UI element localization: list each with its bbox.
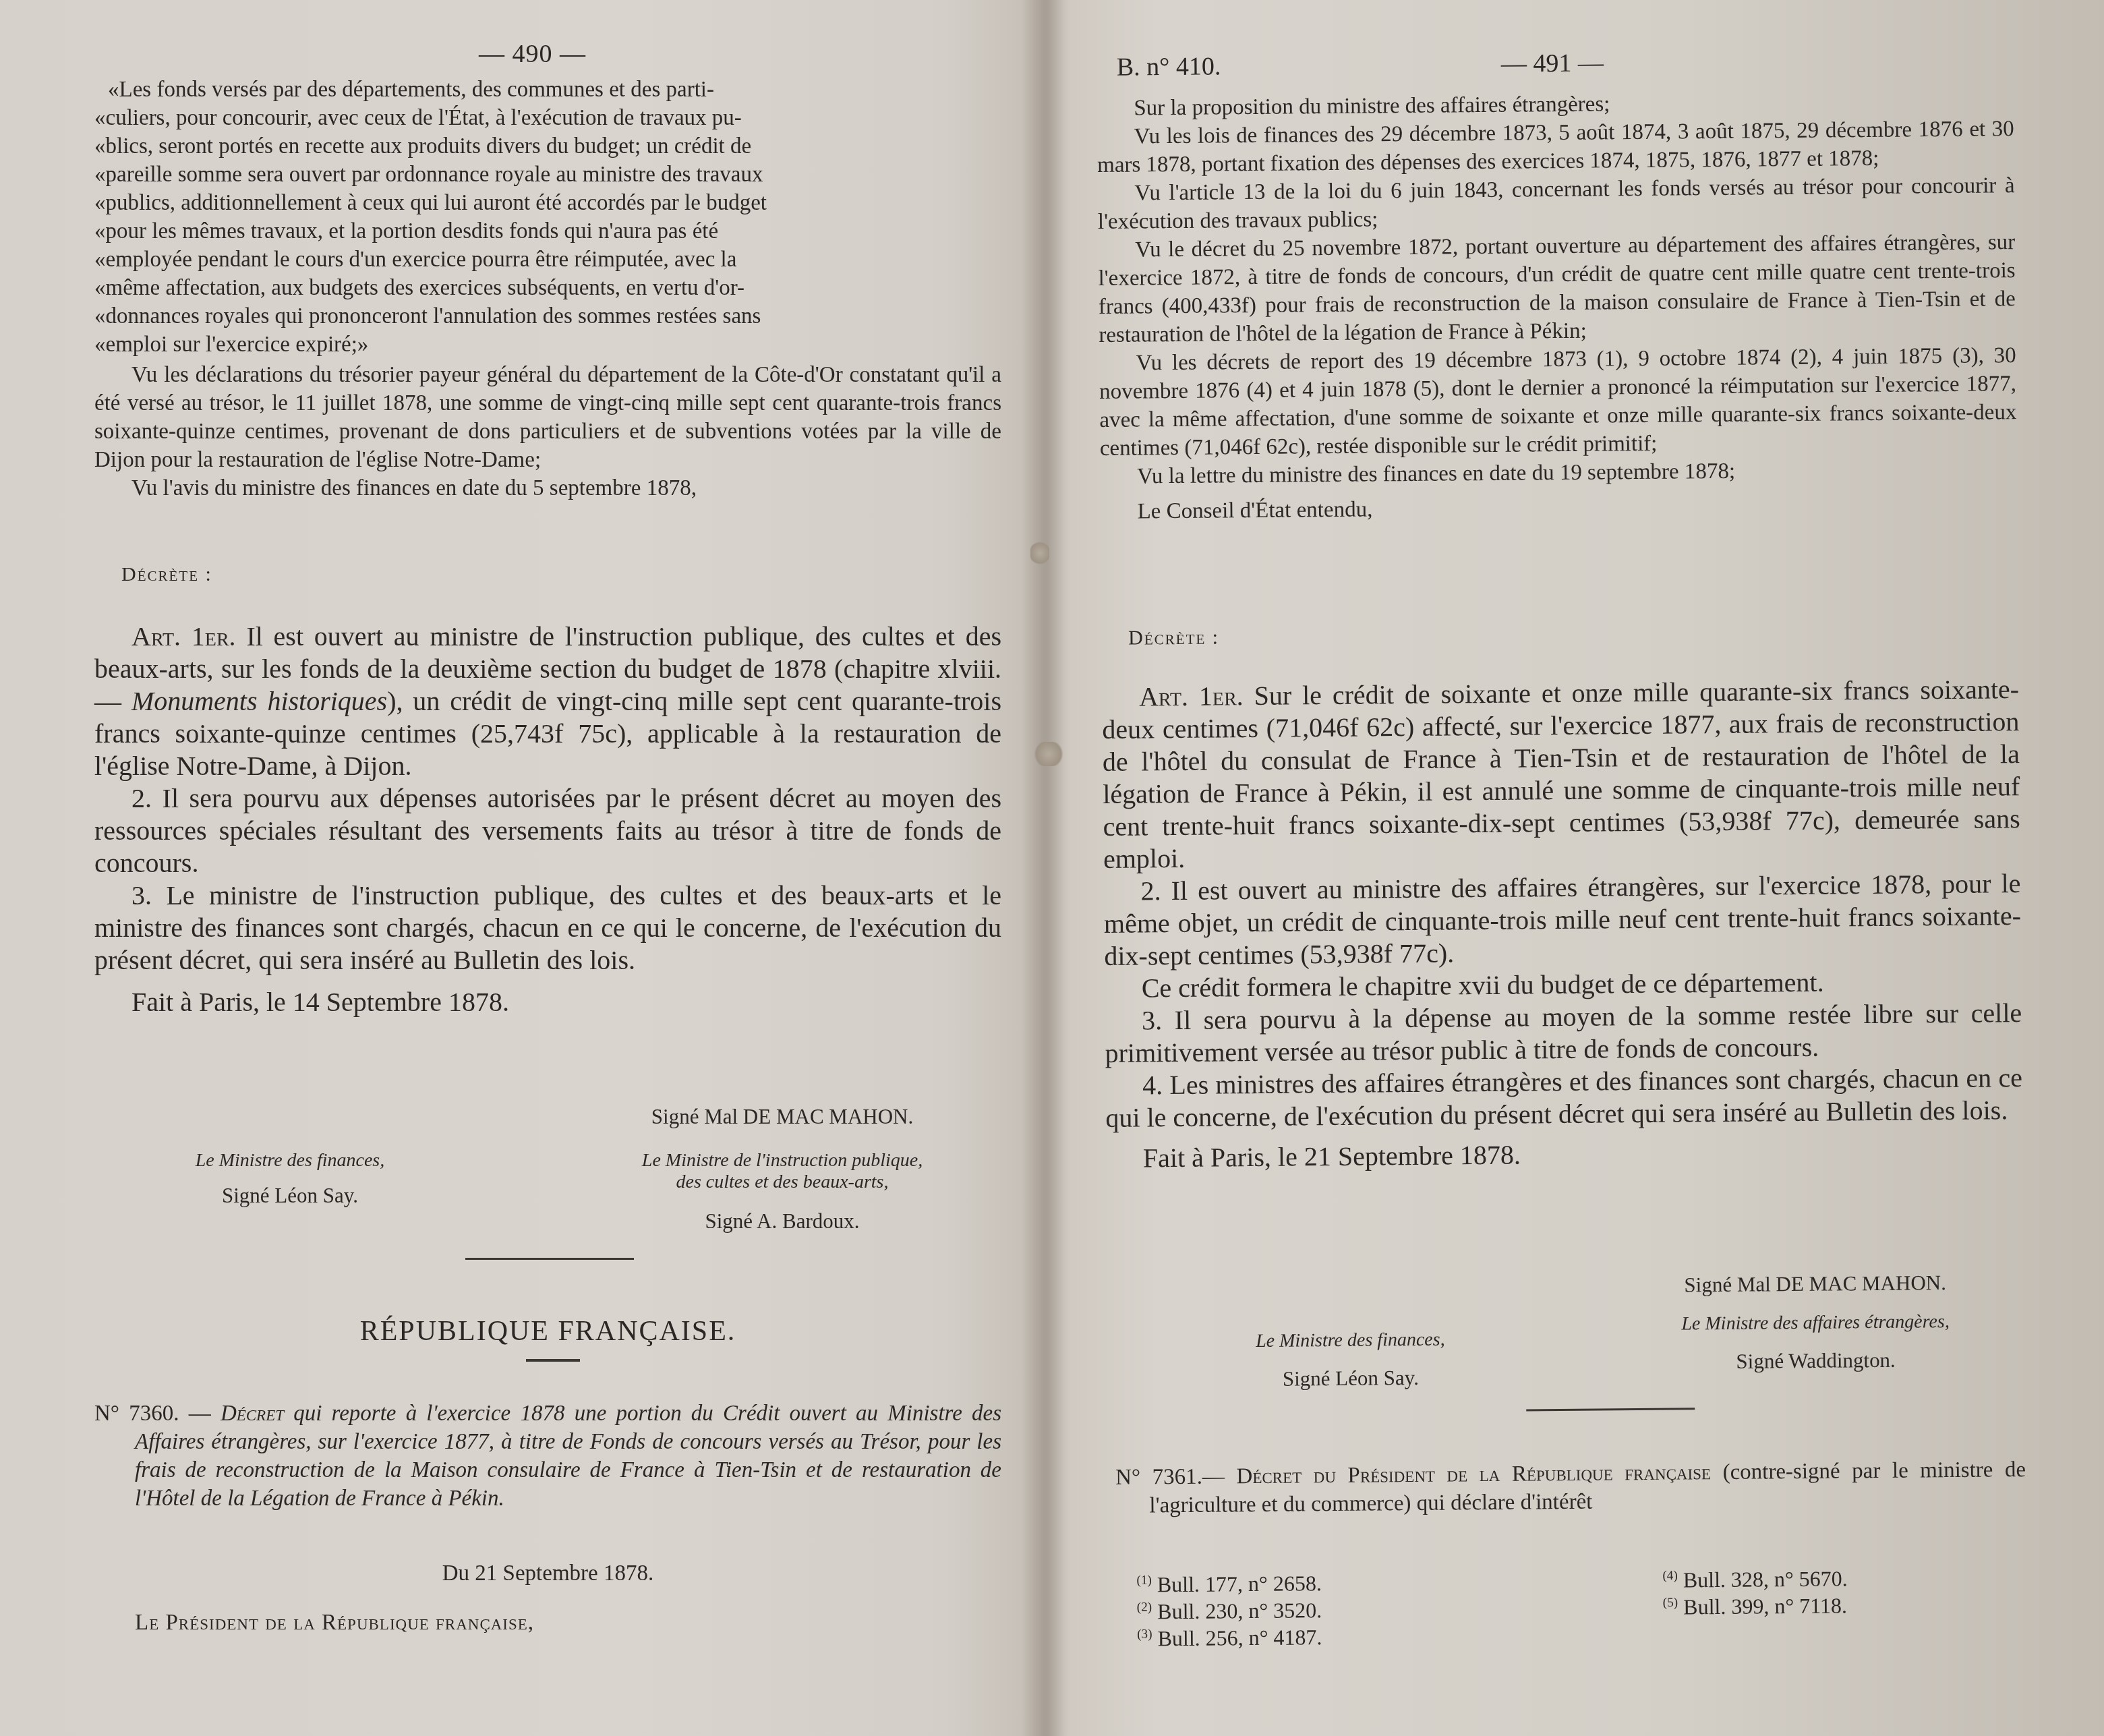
signature-president: Signé Mal DE MAC MAHON. xyxy=(614,1105,951,1129)
article-3: 3. Il sera pourvu à la dépense au moyen … xyxy=(1105,997,2022,1070)
considerant: Vu l'avis du ministre des finances en da… xyxy=(94,474,1001,502)
quote-line: «blics, seront portés en recette aux pro… xyxy=(94,132,1001,161)
signature-president: Signé Mal DE MAC MAHON. xyxy=(1647,1271,1984,1298)
footnote: (2) Bull. 230, n° 3520. xyxy=(1137,1595,1488,1625)
footnote: (3) Bull. 256, n° 4187. xyxy=(1137,1622,1488,1652)
quote-line: «publics, additionnellement à ceux qui l… xyxy=(94,189,1001,217)
decree-7361-header: N° 7361.— Décret du Président de la Répu… xyxy=(1115,1455,2026,1520)
bulletin-ref: B. n° 410. xyxy=(1117,51,1221,82)
republique-heading: RÉPUBLIQUE FRANÇAISE. xyxy=(94,1315,1001,1348)
footnote: (4) Bull. 328, n° 5670. xyxy=(1662,1563,2013,1594)
quote-line: «culiers, pour concourir, avec ceux de l… xyxy=(94,104,1001,132)
article-2: 2. Il est ouvert au ministre des affaire… xyxy=(1103,867,2021,973)
quote-line: «employée pendant le cours d'un exercice… xyxy=(94,245,1001,274)
article-3: 3. Le ministre de l'instruction publique… xyxy=(94,879,1001,977)
article-1: Art. 1er. Sur le crédit de soixante et o… xyxy=(1102,673,2020,875)
considerant: Vu les décrets de report des 19 décembre… xyxy=(1099,341,2017,463)
articles: Art. 1er. Il est ouvert au ministre de l… xyxy=(94,620,1001,1018)
signature-finances: Le Ministre des finances, Signé Léon Say… xyxy=(1215,1329,1486,1391)
quote-line: «pour les mêmes travaux, et la portion d… xyxy=(94,217,1001,245)
footnotes-left: (1) Bull. 177, n° 2658. (2) Bull. 230, n… xyxy=(1136,1568,1488,1652)
president-opening: Le Président de la République française, xyxy=(135,1609,1001,1637)
footnotes-right: (4) Bull. 328, n° 5670. (5) Bull. 399, n… xyxy=(1662,1563,2014,1621)
fait-a-paris: Fait à Paris, le 14 Septembre 1878. xyxy=(94,986,1001,1018)
separator-rule xyxy=(465,1258,634,1260)
considerant: Vu le décret du 25 novembre 1872, portan… xyxy=(1098,228,2016,349)
quote-line: «même affectation, aux budgets des exerc… xyxy=(94,274,1001,302)
page-number: — 490 — xyxy=(479,39,586,69)
considerant: Vu les déclarations du trésorier payeur … xyxy=(94,361,1001,474)
quote-line: «pareille somme sera ouvert par ordonnan… xyxy=(94,161,1001,189)
article-4: 4. Les ministres des affaires étrangères… xyxy=(1105,1062,2023,1134)
considerants: Vu les déclarations du trésorier payeur … xyxy=(94,361,1001,502)
quoted-law-excerpt: «Les fonds versés par des départements, … xyxy=(94,76,1001,359)
signature-finances: Le Ministre des finances, Signé Léon Say… xyxy=(162,1150,418,1208)
considerant: Vu l'article 13 de la loi du 6 juin 1843… xyxy=(1097,171,2015,236)
decree-date: Du 21 Septembre 1878. xyxy=(94,1559,1001,1588)
book-gutter xyxy=(1022,0,1069,1736)
page-number: — 491 — xyxy=(1501,48,1604,78)
considerant: Vu les lois de finances des 29 décembre … xyxy=(1097,115,2015,179)
binding-thread xyxy=(1032,742,1065,766)
quote-line: «donnances royales qui prononceront l'an… xyxy=(94,302,1001,330)
quote-line: «Les fonds versés par des départements, … xyxy=(94,76,1001,104)
quote-line: «emploi sur l'exercice expiré;» xyxy=(94,330,1001,359)
footnote: (5) Bull. 399, n° 7118. xyxy=(1663,1590,2014,1621)
decree-7360-header: N° 7360. — Décret qui reporte à l'exerci… xyxy=(94,1399,1001,1513)
binding-thread xyxy=(1030,540,1049,567)
signature-instruction: Le Ministre de l'instruction publique, d… xyxy=(593,1150,971,1234)
footnote: (1) Bull. 177, n° 2658. xyxy=(1136,1568,1487,1598)
considerants: Sur la proposition du ministre des affai… xyxy=(1097,86,2018,526)
decrete-label: Décrète : xyxy=(121,563,1001,586)
article-1: Art. 1er. Il est ouvert au ministre de l… xyxy=(94,620,1001,782)
signature-affaires-etrangeres: Le Ministre des affaires étrangères, Sig… xyxy=(1633,1310,1998,1375)
separator-rule xyxy=(526,1359,580,1362)
articles: Art. 1er. Sur le crédit de soixante et o… xyxy=(1102,673,2023,1175)
article-2: 2. Il sera pourvu aux dépenses autorisée… xyxy=(94,782,1001,879)
